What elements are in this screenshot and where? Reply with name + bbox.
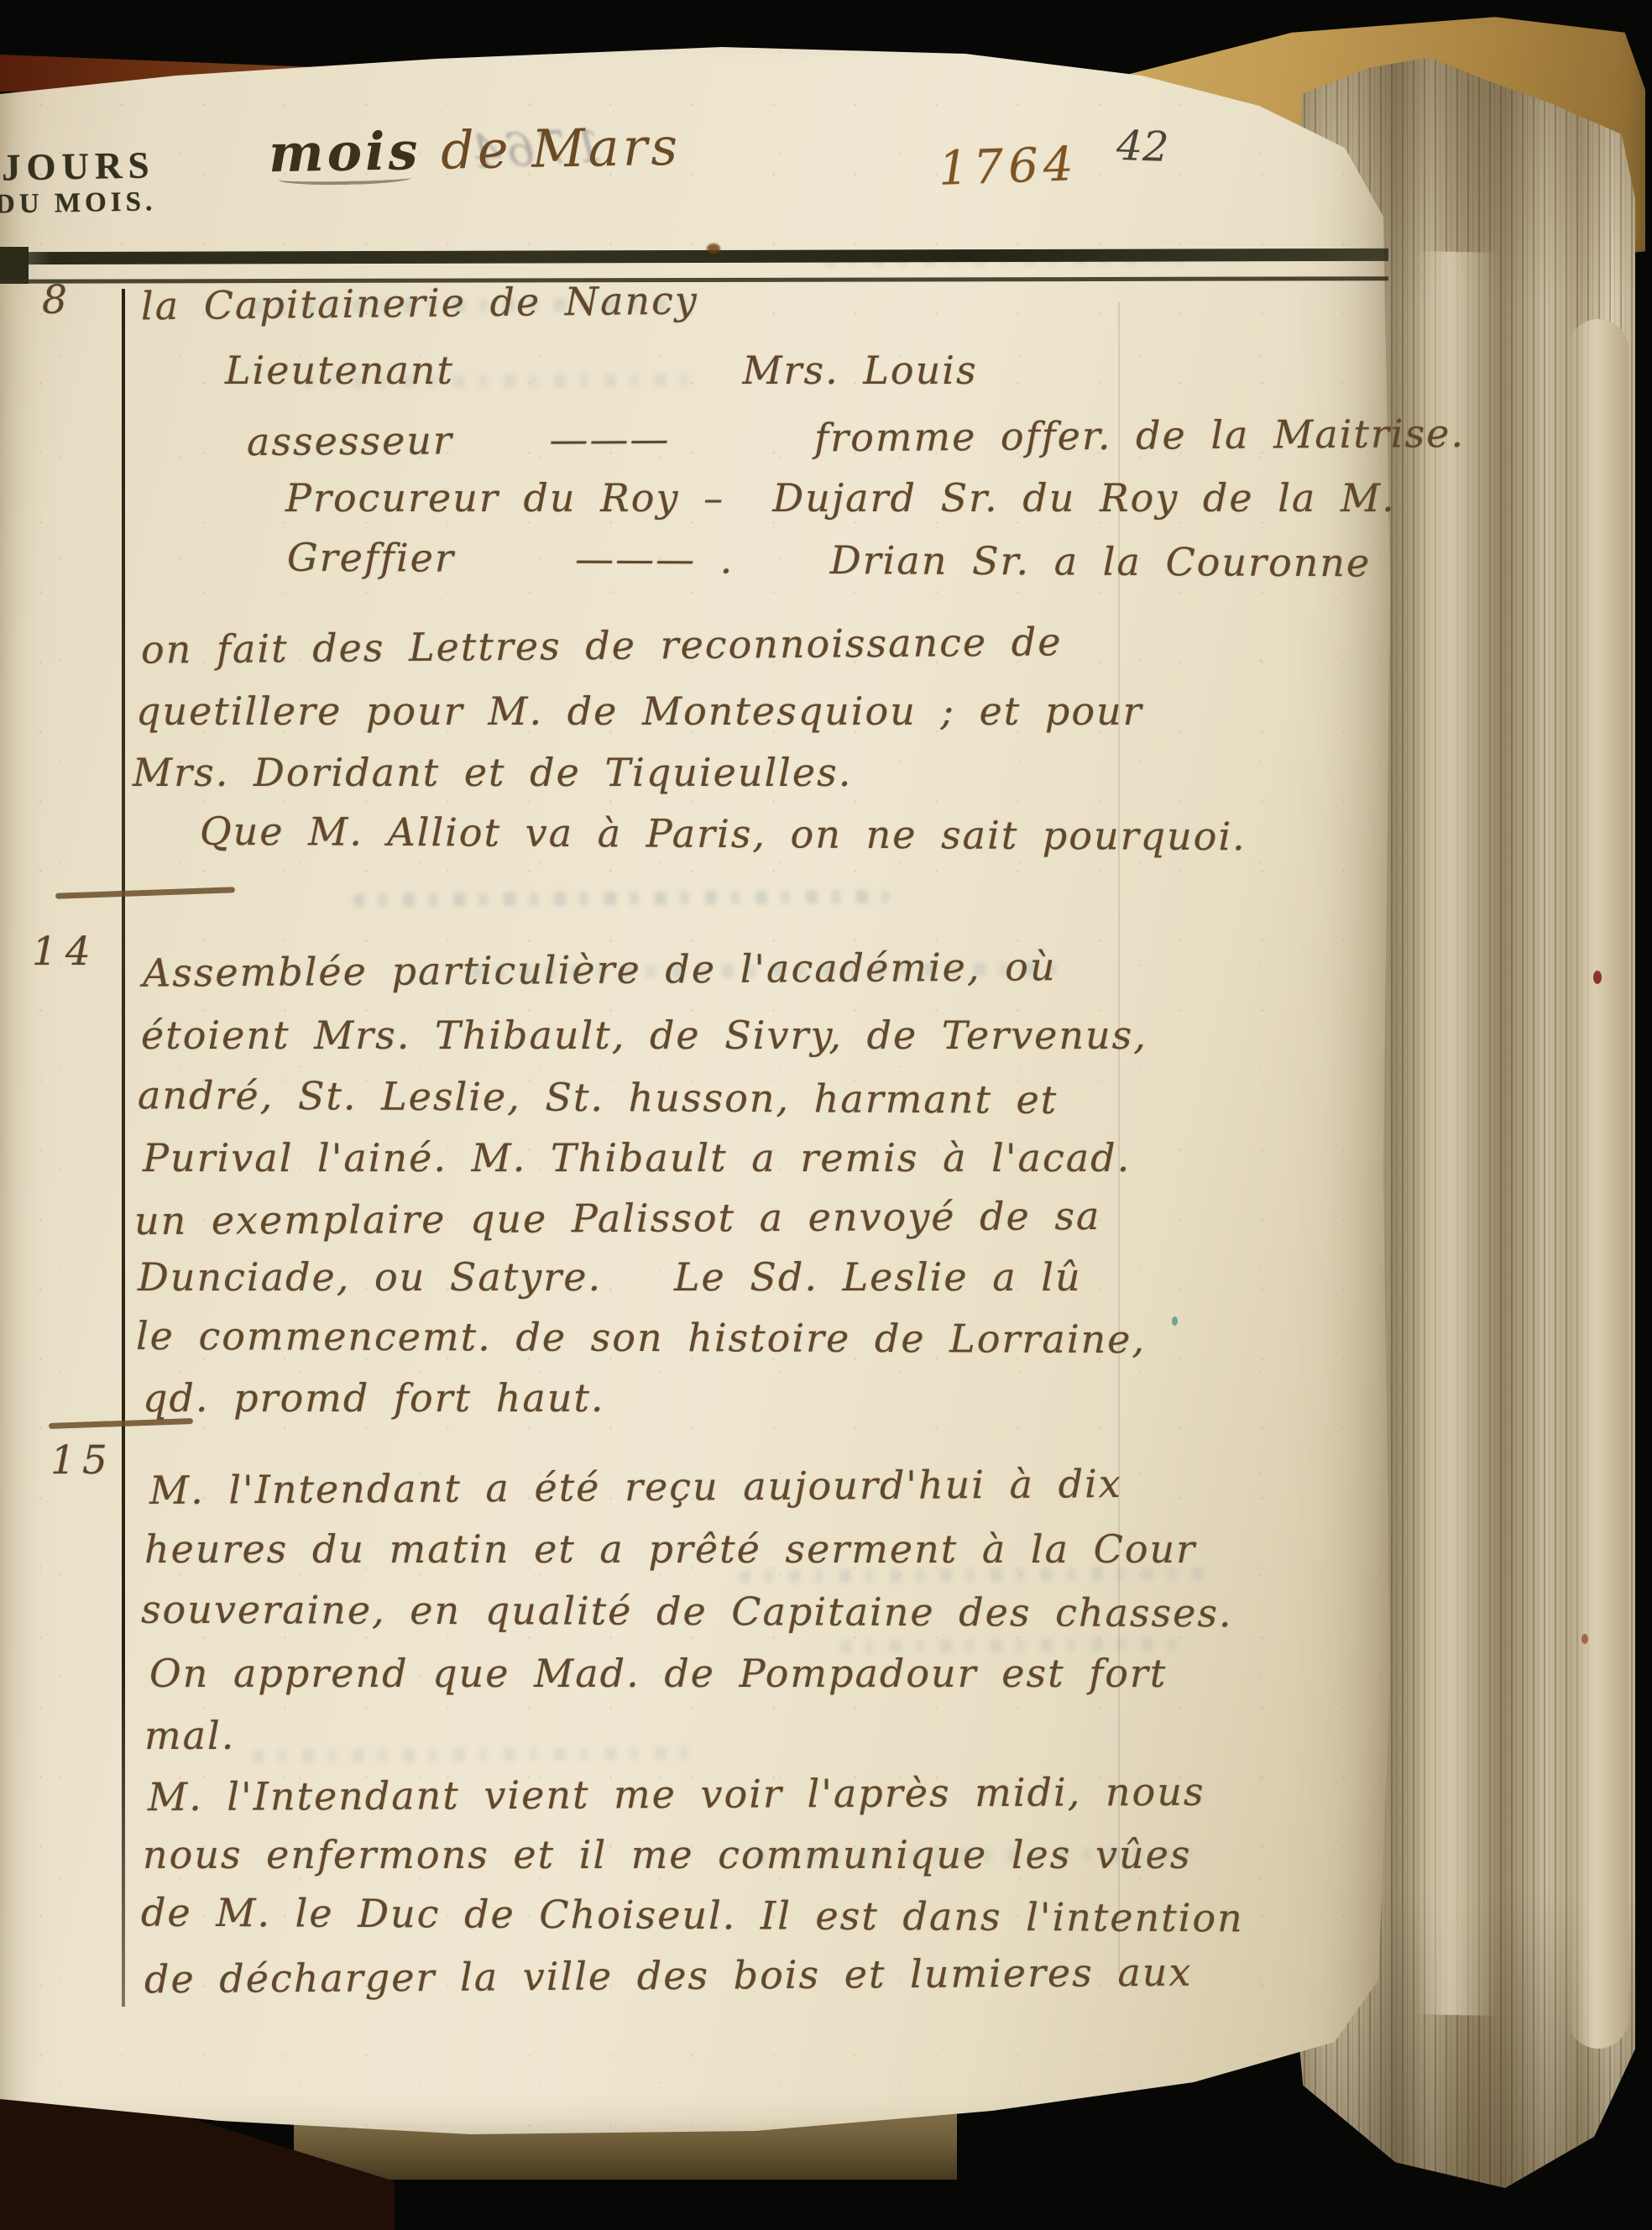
month-title-rest: de Mars <box>421 116 682 181</box>
red-fiber-speck <box>1593 971 1602 984</box>
entry-line: Greffier ——— . Drian Sr. a la Couronne <box>287 535 1371 586</box>
teal-speck <box>1172 1317 1178 1326</box>
entry-line: nous enfermons et il me communique les v… <box>143 1832 1191 1877</box>
entry-line: heures du matin et a prêté serment à la … <box>144 1526 1196 1572</box>
year-annotation: 1764 <box>938 137 1080 196</box>
entry-line: de décharger la ville des bois et lumier… <box>144 1950 1193 2002</box>
manuscript-photo: JOURS DU MOIS. 1764 mois de Mars 1764 42… <box>0 0 1652 2230</box>
day-number: 8 <box>42 277 67 323</box>
entry-line: on fait des Lettres de reconnoissance de <box>141 619 1063 673</box>
entry-line: Procureur du Roy – Dujard Sr. du Roy de … <box>285 475 1396 521</box>
day-number: 14 <box>32 929 99 975</box>
fore-edge-outer-leaf <box>1568 319 1628 2049</box>
entry-line: andré, St. Leslie, St. husson, harmant e… <box>138 1072 1059 1123</box>
entry-line: le commencemt. de son histoire de Lorrai… <box>136 1313 1146 1362</box>
entry-line: de M. le Duc de Choiseul. Il est dans l'… <box>141 1890 1244 1941</box>
fore-edge-highlight <box>1417 251 1498 2016</box>
entry-line: M. l'Intendant vient me voir l'après mid… <box>148 1769 1205 1820</box>
entry-line: assesseur ——— fromme offer. de la Maitri… <box>247 411 1465 464</box>
day-number: 15 <box>50 1437 114 1484</box>
entry-line: Lieutenant Mrs. Louis <box>225 348 978 393</box>
entry-line: Que M. Alliot va à Paris, on ne sait pou… <box>200 809 1247 860</box>
entry-line: étoient Mrs. Thibault, de Sivry, de Terv… <box>141 1013 1148 1058</box>
ink-stain <box>707 243 720 254</box>
printed-day-column-header-line2: DU MOIS. <box>0 186 156 220</box>
entry-line: On apprend que Mad. de Pompadour est for… <box>149 1651 1167 1696</box>
entry-line: un exemplaire que Palissot a envoyé de s… <box>134 1193 1101 1243</box>
entry-line: mal. <box>144 1713 235 1758</box>
entry-line: la Capitainerie de Nancy <box>141 278 698 329</box>
entry-line: quetillere pour M. de Montesquiou ; et p… <box>136 688 1143 734</box>
entry-line: qd. promd fort haut. <box>143 1375 605 1421</box>
entry-line: Assemblée particulière de l'académie, où <box>143 944 1057 996</box>
entry-line: Purival l'ainé. M. Thibault a remis à l'… <box>143 1135 1131 1180</box>
entry-line: Dunciade, ou Satyre. Le Sd. Leslie a lû <box>138 1254 1082 1300</box>
entry-line: M. l'Intendant a été reçu aujourd'hui à … <box>149 1461 1122 1513</box>
red-fiber-speck <box>1581 1634 1588 1644</box>
margin-rule <box>122 289 125 2007</box>
page-number: 42 <box>1116 122 1169 171</box>
entry-line: Mrs. Doridant et de Tiquieulles. <box>133 750 852 795</box>
entry-line: souveraine, en qualité de Capitaine des … <box>141 1587 1233 1636</box>
printed-day-column-header-line1: JOURS <box>2 143 155 189</box>
